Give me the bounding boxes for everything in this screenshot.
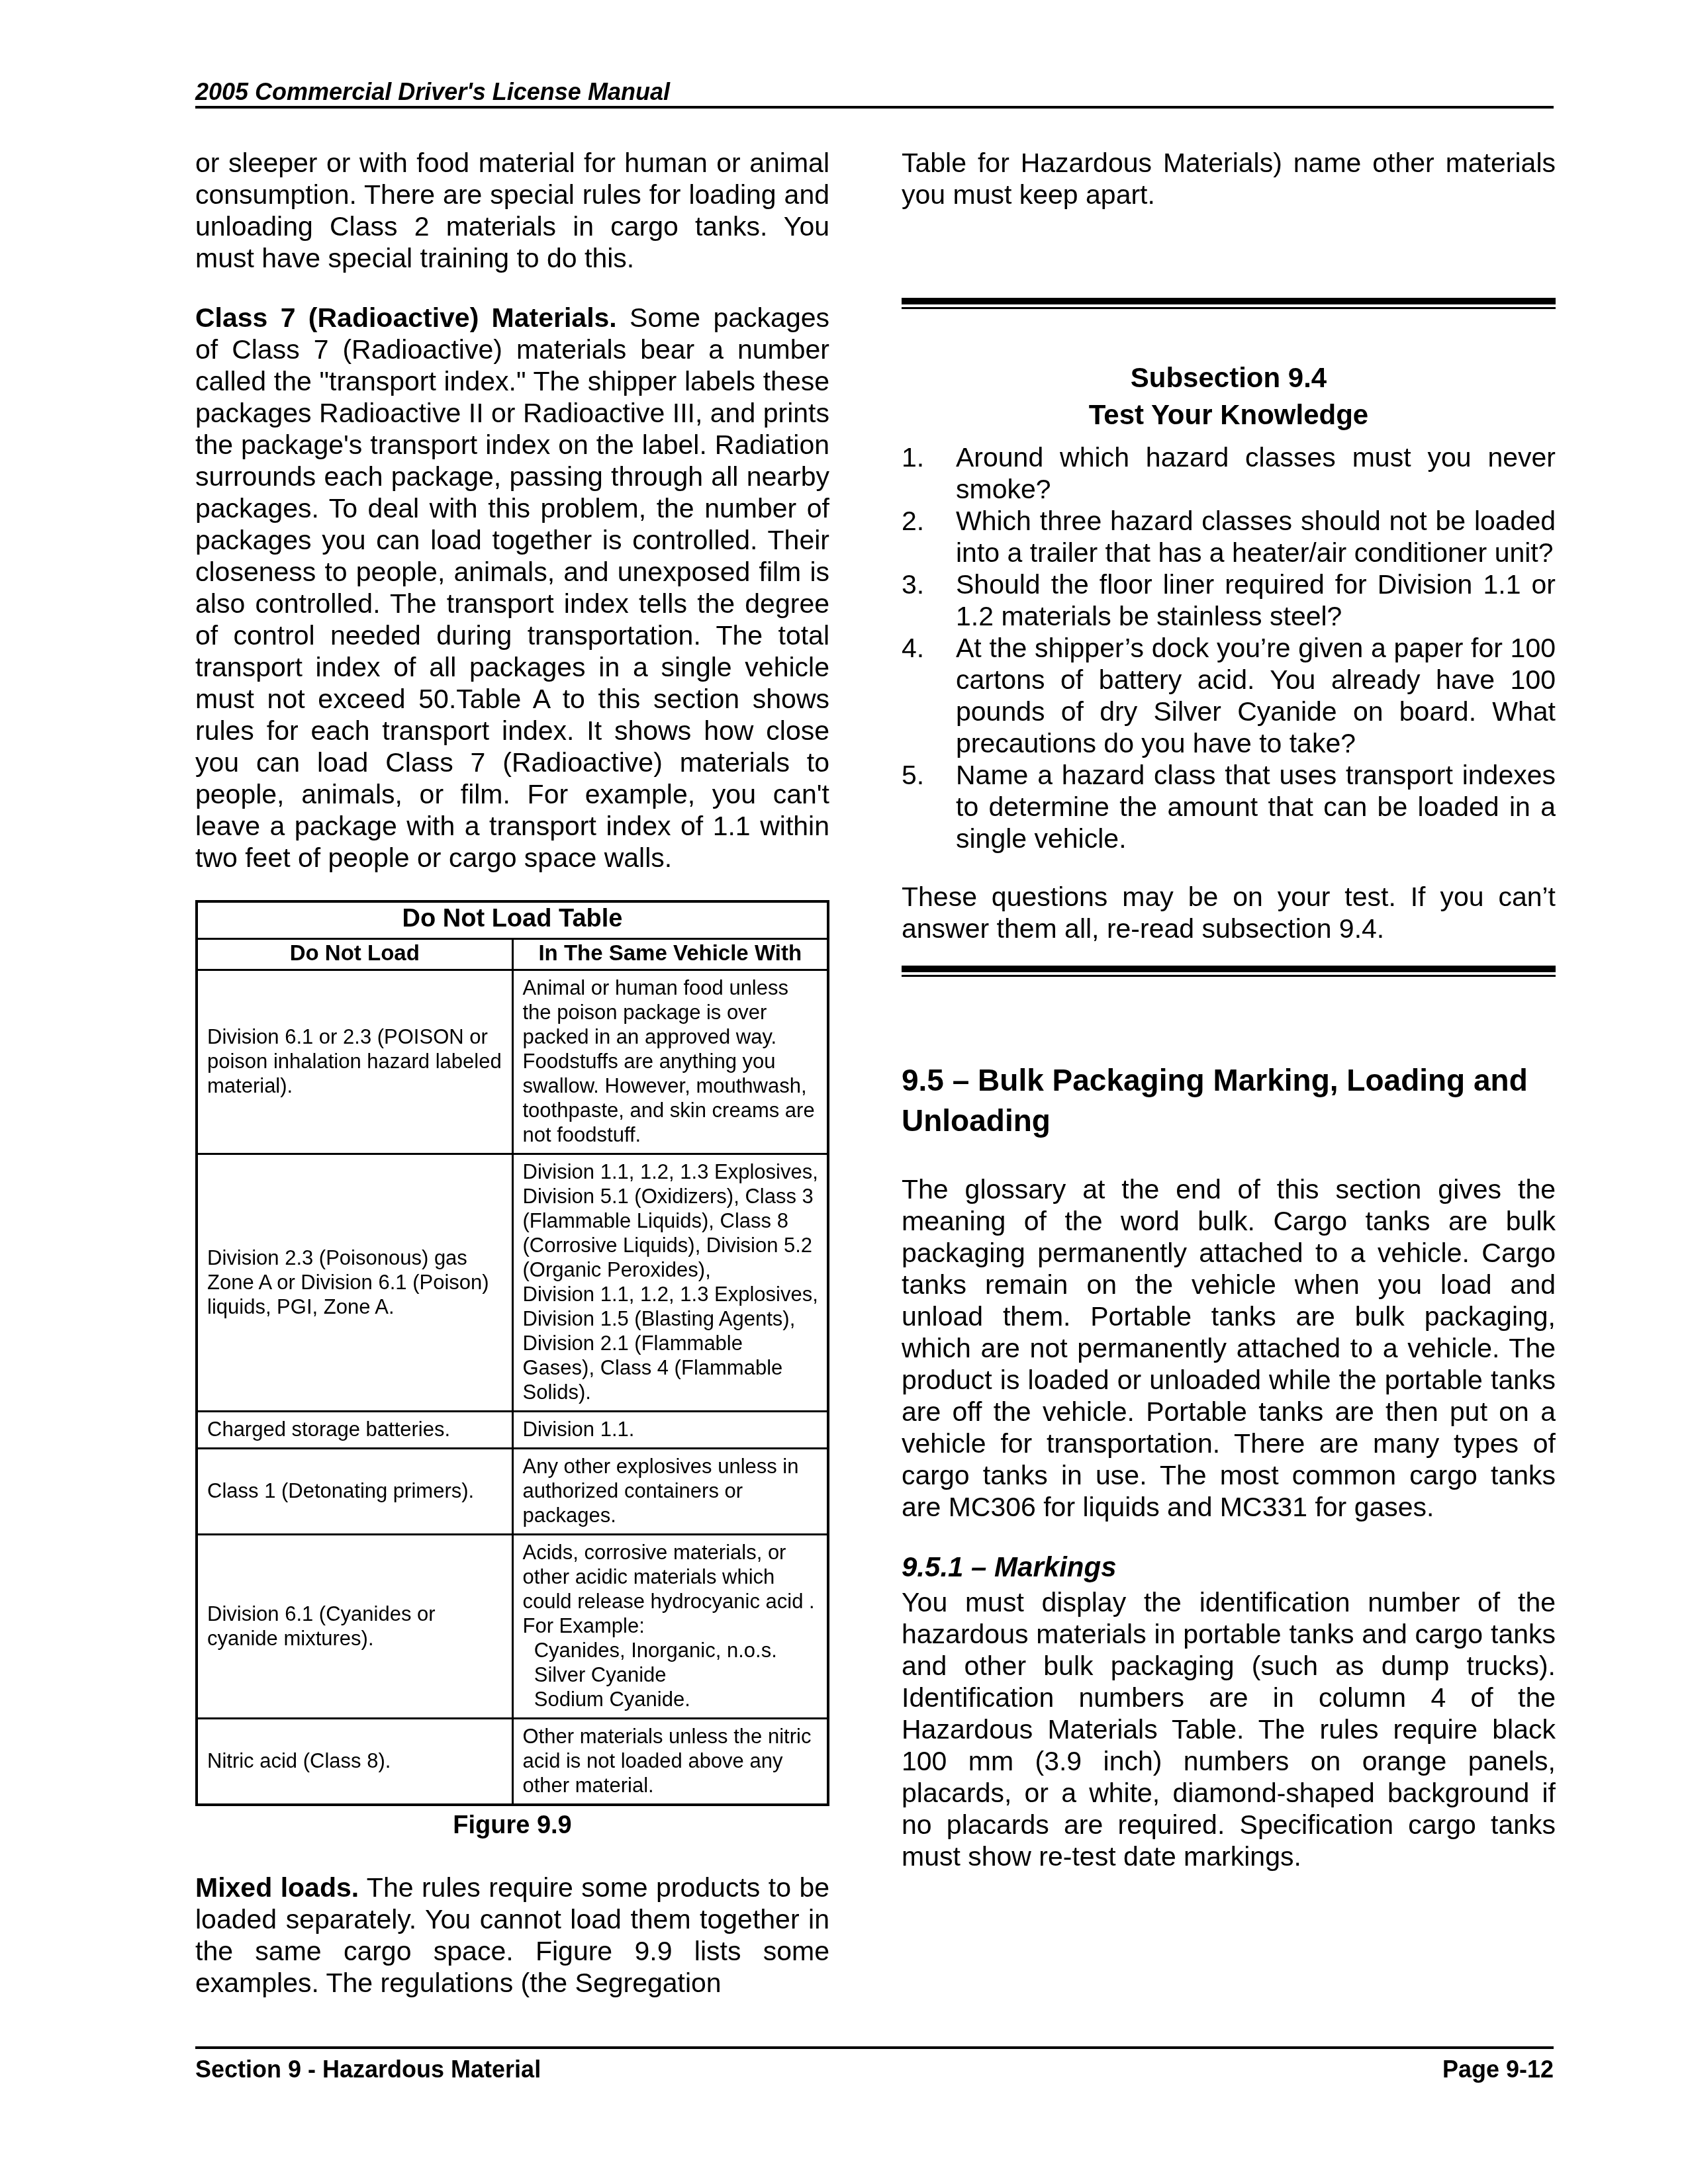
paragraph-segregation-table: Table for Hazardous Materials) name othe…: [902, 147, 1556, 210]
class7-body: Some packages of Class 7 (Radioactive) m…: [195, 302, 829, 873]
list-item: 1. Around which hazard classes must you …: [902, 441, 1556, 505]
paragraph-bulk-packaging: The glossary at the end of this section …: [902, 1173, 1556, 1523]
class7-lead: Class 7 (Radioactive) Materials.: [195, 302, 617, 333]
question-text: Around which hazard classes must you nev…: [956, 441, 1556, 505]
table-cell: Charged storage batteries.: [197, 1412, 512, 1449]
test-your-knowledge-title: Test Your Knowledge: [902, 396, 1556, 433]
question-number: 1.: [902, 441, 956, 505]
list-item: 2. Which three hazard classes should not…: [902, 505, 1556, 569]
table-cell: Division 1.1.: [512, 1412, 828, 1449]
divider-thick-bar: [902, 298, 1556, 304]
list-item: 4. At the shipper’s dock you’re given a …: [902, 632, 1556, 759]
question-text: Should the floor liner required for Divi…: [956, 569, 1556, 632]
table-cell: Division 1.1, 1.2, 1.3 Explosives, Divis…: [512, 1154, 828, 1412]
table-row: Nitric acid (Class 8). Other materials u…: [197, 1719, 828, 1805]
divider-thin-line: [902, 975, 1556, 977]
paragraph-class7-radioactive: Class 7 (Radioactive) Materials. Some pa…: [195, 302, 829, 874]
figure-caption: Figure 9.9: [195, 1811, 829, 1840]
list-item: 3. Should the floor liner required for D…: [902, 569, 1556, 632]
knowledge-questions-list: 1. Around which hazard classes must you …: [902, 441, 1556, 854]
divider-thin-line: [902, 307, 1556, 309]
table-cell: Animal or human food unless the poison p…: [512, 970, 828, 1154]
table-row: Charged storage batteries. Division 1.1.: [197, 1412, 828, 1449]
question-text: At the shipper’s dock you’re given a pap…: [956, 632, 1556, 759]
table-cell: Division 2.3 (Poisonous) gas Zone A or D…: [197, 1154, 512, 1412]
table-row: Division 6.1 (Cyanides or cyanide mixtur…: [197, 1535, 828, 1719]
table-cell: Any other explosives unless in authorize…: [512, 1449, 828, 1535]
table-cell: Division 6.1 or 2.3 (POISON or poison in…: [197, 970, 512, 1154]
question-number: 4.: [902, 632, 956, 759]
do-not-load-table: Do Not Load Table Do Not Load In The Sam…: [195, 900, 829, 1806]
paragraph-sleeper-food: or sleeper or with food material for hum…: [195, 147, 829, 274]
subsection-94-heading: Subsection 9.4 Test Your Knowledge: [902, 359, 1556, 433]
table-title-row: Do Not Load Table: [197, 901, 828, 939]
table-row: Division 2.3 (Poisonous) gas Zone A or D…: [197, 1154, 828, 1412]
footer-divider: [195, 2046, 1554, 2049]
column-header-do-not-load: Do Not Load: [197, 939, 512, 970]
question-number: 2.: [902, 505, 956, 569]
document-page: 2005 Commercial Driver's License Manual …: [0, 0, 1688, 2184]
subsection-94-title: Subsection 9.4: [902, 359, 1556, 396]
list-item: 5. Name a hazard class that uses transpo…: [902, 759, 1556, 854]
table-cell: Nitric acid (Class 8).: [197, 1719, 512, 1805]
table-cell: Other materials unless the nitric acid i…: [512, 1719, 828, 1805]
table-title: Do Not Load Table: [197, 901, 828, 939]
paragraph-questions-on-test: These questions may be on your test. If …: [902, 881, 1556, 944]
page-header-title: 2005 Commercial Driver's License Manual: [195, 78, 670, 106]
table-cell: Class 1 (Detonating primers).: [197, 1449, 512, 1535]
paragraph-markings: You must display the identification numb…: [902, 1586, 1556, 1872]
question-text: Name a hazard class that uses transport …: [956, 759, 1556, 854]
right-column: Table for Hazardous Materials) name othe…: [902, 147, 1556, 1872]
divider-thick-bar: [902, 966, 1556, 972]
section-divider-rule: [902, 298, 1556, 309]
left-column: or sleeper or with food material for hum…: [195, 147, 829, 1999]
section-951-heading: 9.5.1 – Markings: [902, 1551, 1556, 1584]
table-header-row: Do Not Load In The Same Vehicle With: [197, 939, 828, 970]
mixed-loads-lead: Mixed loads.: [195, 1872, 359, 1903]
table-cell: Acids, corrosive materials, or other aci…: [512, 1535, 828, 1719]
question-text: Which three hazard classes should not be…: [956, 505, 1556, 569]
section-divider-rule: [902, 966, 1556, 977]
footer-page-number: Page 9-12: [195, 2056, 1554, 2083]
question-number: 5.: [902, 759, 956, 854]
table-row: Class 1 (Detonating primers). Any other …: [197, 1449, 828, 1535]
paragraph-mixed-loads: Mixed loads. The rules require some prod…: [195, 1872, 829, 1999]
table-row: Division 6.1 or 2.3 (POISON or poison in…: [197, 970, 828, 1154]
column-header-same-vehicle: In The Same Vehicle With: [512, 939, 828, 970]
question-number: 3.: [902, 569, 956, 632]
section-95-heading: 9.5 – Bulk Packaging Marking, Loading an…: [902, 1060, 1556, 1141]
header-divider: [195, 106, 1554, 109]
table-cell: Division 6.1 (Cyanides or cyanide mixtur…: [197, 1535, 512, 1719]
